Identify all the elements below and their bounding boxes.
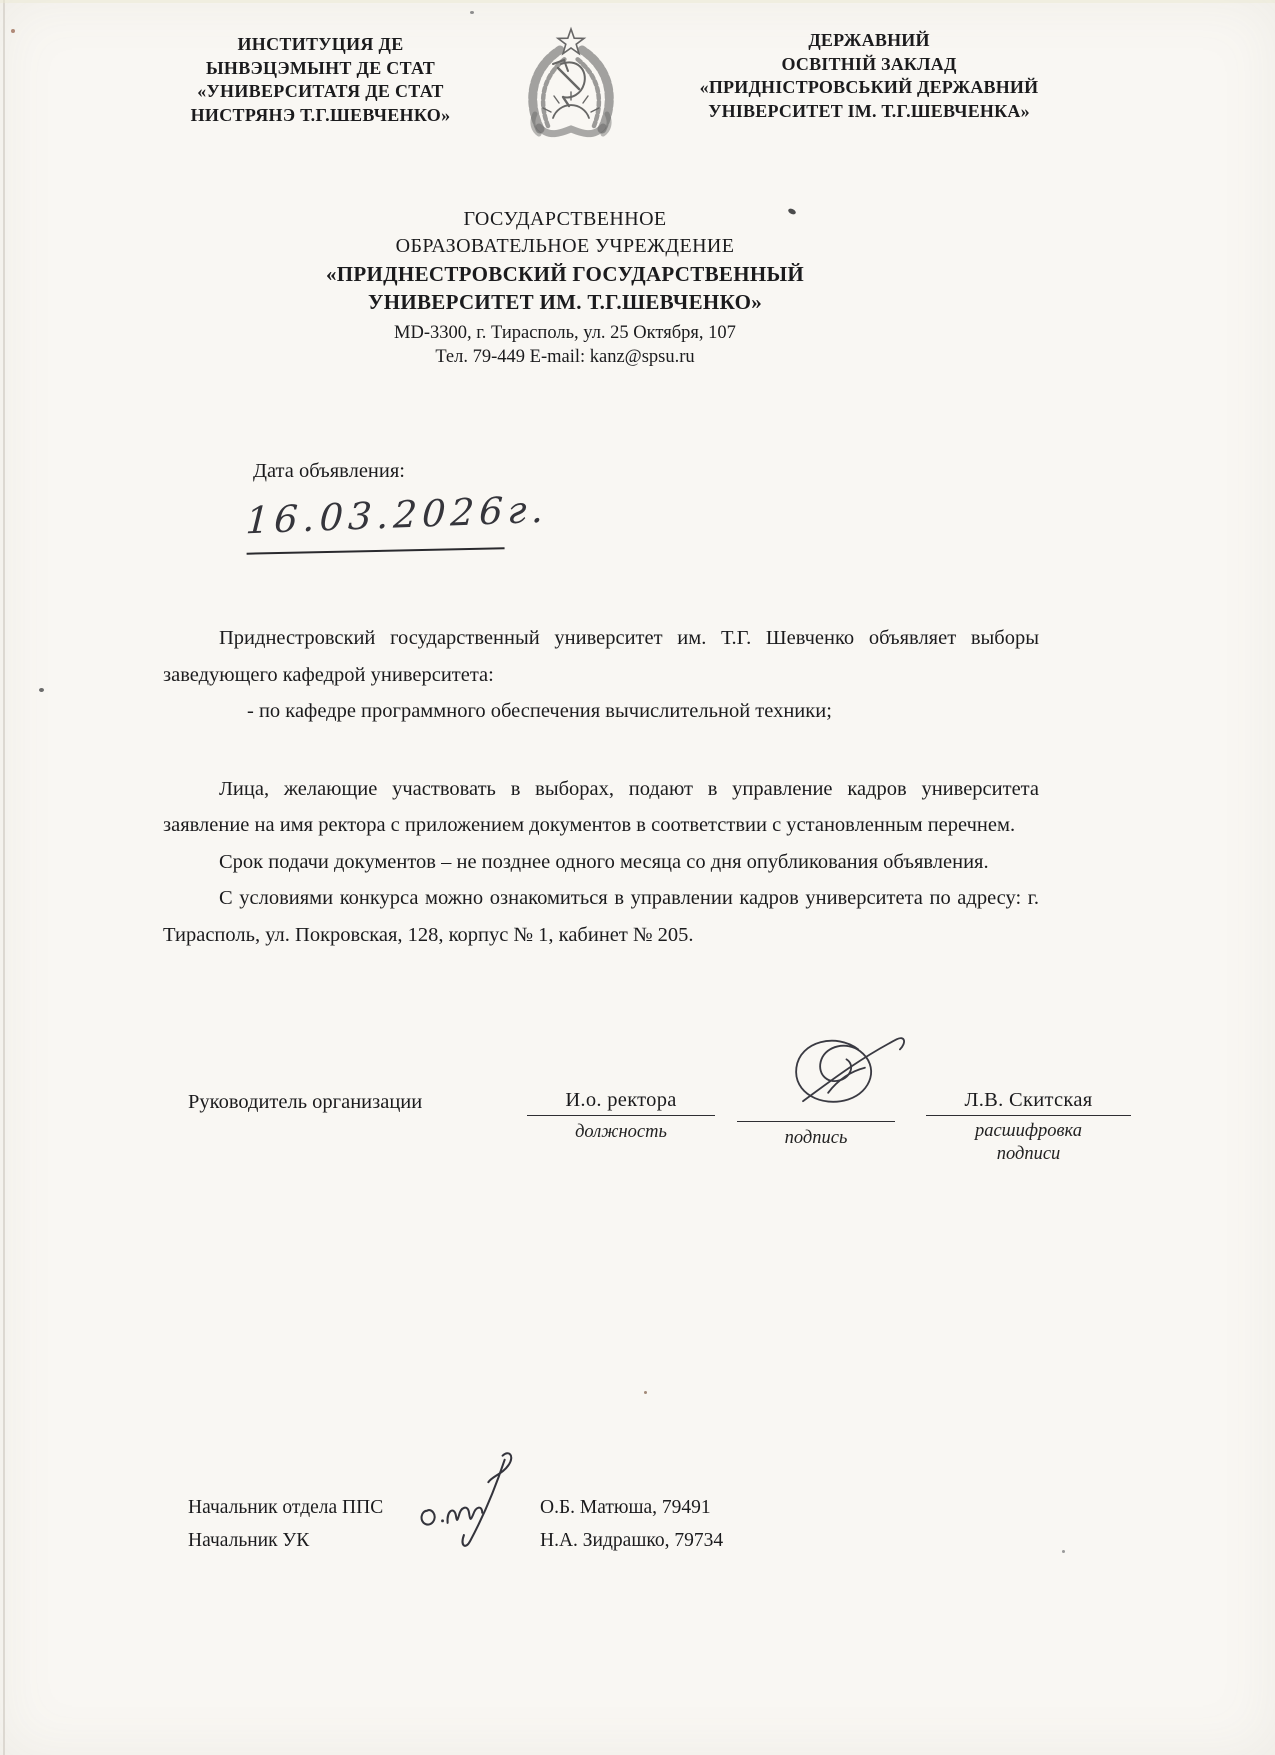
org-name-ukrainian-line: УНІВЕРСИТЕТ ІМ. Т.Г.ШЕВЧЕНКА» xyxy=(688,100,1050,124)
signatory-role-label: Руководитель организации xyxy=(188,1091,422,1114)
date-label: Дата объявления: xyxy=(253,460,405,483)
scan-speck xyxy=(1062,1550,1065,1553)
paragraph-announcement: Приднестровский государственный универси… xyxy=(163,620,1039,693)
org-type-line: ОБРАЗОВАТЕЛЬНОЕ УЧРЕЖДЕНИЕ xyxy=(115,233,1015,260)
footer-contact-value: Н.А. Зидрашко, 79734 xyxy=(540,1524,723,1557)
org-name-ukrainian-line: ДЕРЖАВНИЙ xyxy=(688,29,1050,53)
paragraph-deadline: Срок подачи документов – не позднее одно… xyxy=(163,844,1039,881)
name-caption-line: расшифровка xyxy=(926,1120,1131,1143)
org-name-line: «ПРИДНЕСТРОВСКИЙ ГОСУДАРСТВЕННЫЙ xyxy=(115,260,1015,288)
footer-contact-value: О.Б. Матюша, 79491 xyxy=(540,1491,723,1524)
org-name-ukrainian: ДЕРЖАВНИЙ ОСВІТНІЙ ЗАКЛАД «ПРИДНІСТРОВСЬ… xyxy=(688,29,1050,123)
handwritten-date-value: 16.03.2026г. xyxy=(245,488,550,543)
scan-speck xyxy=(39,688,44,692)
handwritten-signature-icon xyxy=(778,1026,920,1122)
org-name-ukrainian-line: ОСВІТНІЙ ЗАКЛАД xyxy=(688,53,1050,77)
org-name-line: УНИВЕРСИТЕТ ИМ. Т.Г.ШЕВЧЕНКО» xyxy=(115,288,1015,316)
state-coat-of-arms-icon xyxy=(510,26,632,148)
org-name-moldovan-line: ИНСТИТУЦИЯ ДЕ xyxy=(168,33,473,57)
position-caption: должность xyxy=(527,1116,715,1144)
scan-top-shade xyxy=(0,0,1275,3)
org-name-moldovan: ИНСТИТУЦИЯ ДЕ ЫНВЭЦЭМЫНТ ДЕ СТАТ «УНИВЕР… xyxy=(168,33,473,127)
paragraph-gap xyxy=(163,730,1039,771)
handwritten-initials-icon xyxy=(413,1447,525,1555)
signatory-name: Л.В. Скитская xyxy=(926,1089,1131,1116)
org-name-moldovan-line: «УНИВЕРСИТАТЯ ДЕ СТАТ xyxy=(168,80,473,104)
org-title-block: ГОСУДАРСТВЕННОЕ ОБРАЗОВАТЕЛЬНОЕ УЧРЕЖДЕН… xyxy=(115,206,1015,369)
org-name-moldovan-line: НИСТРЯНЭ Т.Г.ШЕВЧЕНКО» xyxy=(168,104,473,128)
signature-name-column: Л.В. Скитская расшифровка подписи xyxy=(926,1089,1131,1166)
position-value: И.о. ректора xyxy=(527,1089,715,1116)
scan-speck xyxy=(470,11,474,14)
handwritten-date: 16.03.2026г. xyxy=(245,491,504,554)
scan-speck xyxy=(11,29,15,33)
org-type-line: ГОСУДАРСТВЕННОЕ xyxy=(115,206,1015,233)
scanned-document-page: ИНСТИТУЦИЯ ДЕ ЫНВЭЦЭМЫНТ ДЕ СТАТ «УНИВЕР… xyxy=(0,0,1275,1755)
sign-caption: подпись xyxy=(737,1122,895,1150)
org-name-ukrainian-line: «ПРИДНІСТРОВСЬКИЙ ДЕРЖАВНИЙ xyxy=(688,76,1050,100)
scan-edge-line xyxy=(3,0,5,1755)
org-name-moldovan-line: ЫНВЭЦЭМЫНТ ДЕ СТАТ xyxy=(168,57,473,81)
paragraph-application: Лица, желающие участвовать в выборах, по… xyxy=(163,771,1039,844)
org-contacts: Тел. 79-449 E-mail: kanz@spsu.ru xyxy=(115,345,1015,369)
org-address: MD-3300, г. Тирасполь, ул. 25 Октября, 1… xyxy=(115,321,1015,345)
announcement-body: Приднестровский государственный универси… xyxy=(163,620,1039,953)
paragraph-contact-info: С условиями конкурса можно ознакомиться … xyxy=(163,880,1039,953)
footer-role-label: Начальник отдела ППС xyxy=(188,1491,383,1524)
department-list-item: - по кафедре программного обеспечения вы… xyxy=(163,693,1039,730)
signature-position-column: И.о. ректора должность xyxy=(527,1089,715,1144)
footer-role-label: Начальник УК xyxy=(188,1524,383,1557)
scan-speck xyxy=(644,1391,647,1394)
footer-officials: Начальник отдела ППС Начальник УК xyxy=(188,1491,383,1557)
name-caption-line: подписи xyxy=(926,1143,1131,1166)
footer-contacts: О.Б. Матюша, 79491 Н.А. Зидрашко, 79734 xyxy=(540,1491,723,1557)
